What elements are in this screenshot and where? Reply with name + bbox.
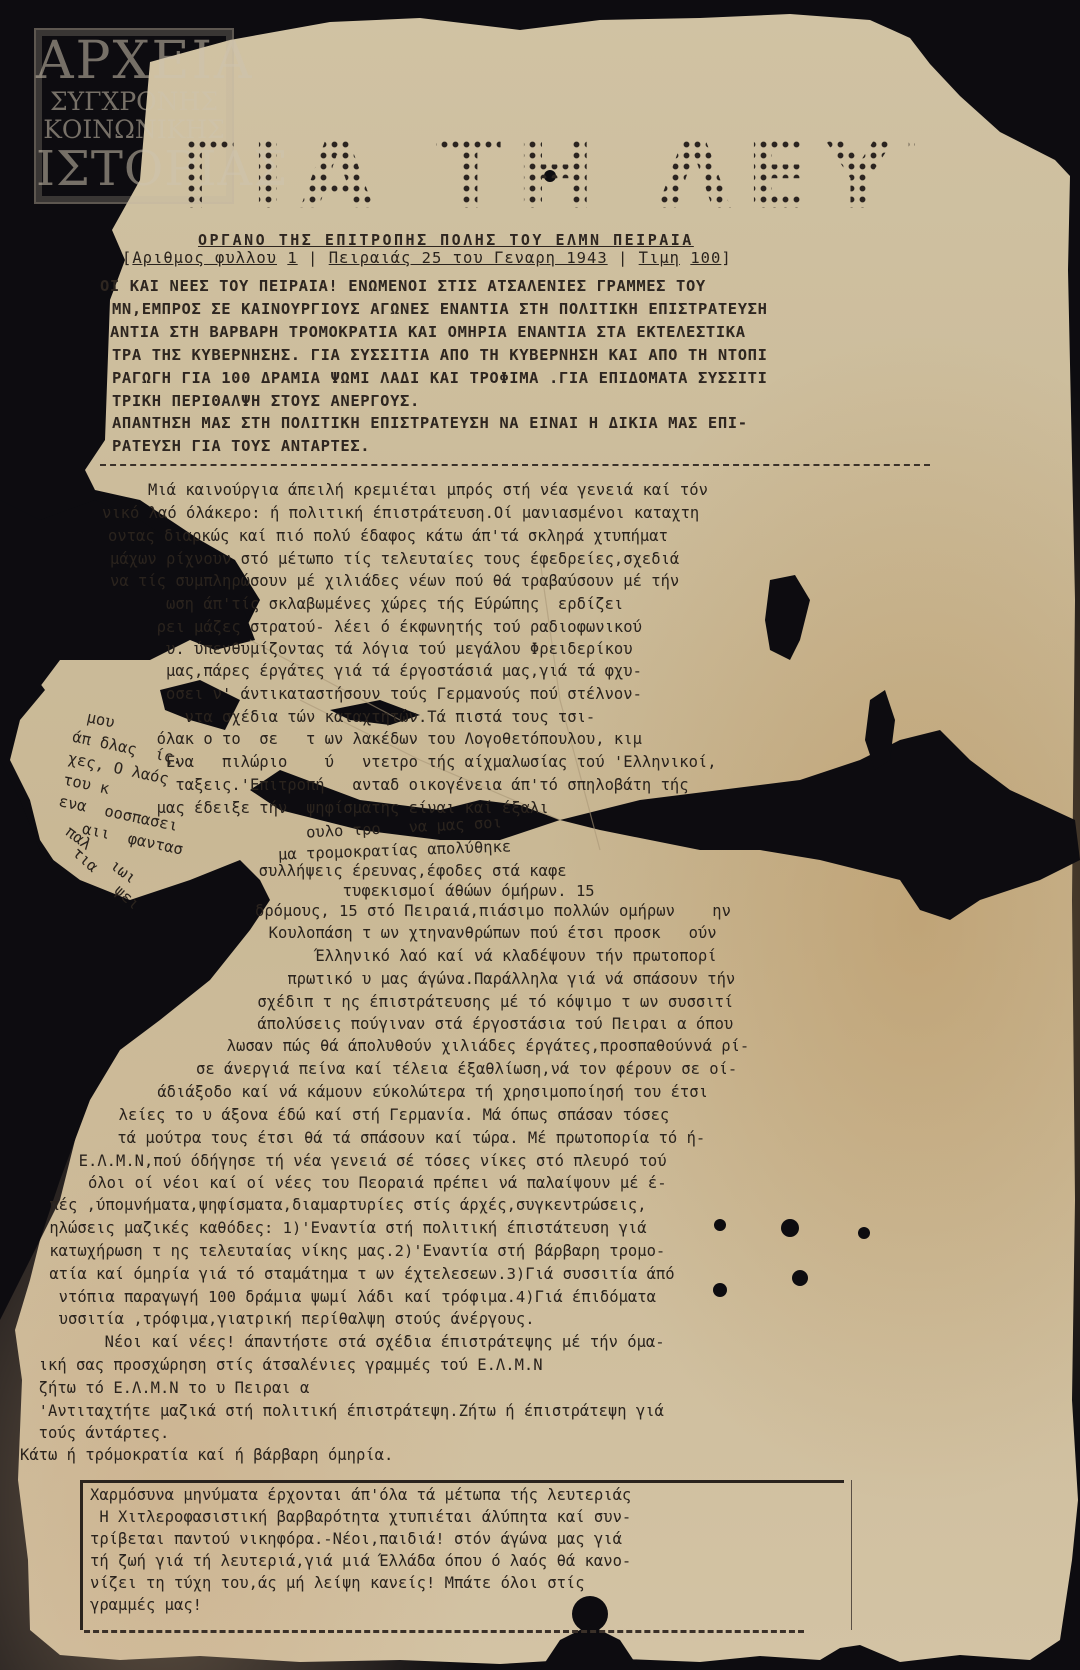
text-line: λείες το υ άξονα έδώ καί στή Γερμανία. Μ… [100,1104,669,1127]
text-line: ΡΑΓΩΓΗ ΓΙΑ 100 ΔΡΑΜΙΑ ΨΩΜΙ ΛΑΔΙ ΚΑΙ ΤΡΟΦ… [112,367,768,390]
text-line: οντας διαρκώς καί πιό πολύ έδαφος κάτω ά… [108,525,668,548]
watermark-line: ΣΥΓΧΡΟΝΗΣ [36,88,232,116]
text-line: σχέδιπ τ ης έπιστράτευσης μέ τό κόψιμο τ… [220,991,733,1014]
section-divider [100,464,930,466]
text-line: ΤΡΑ ΤΗΣ ΚΥΒΕΡΝΗΣΗΣ. ΓΙΑ ΣΥΣΣΙΤΙΑ ΑΠΟ ΤΗ … [112,344,768,367]
price-label: Τιμη [639,249,680,267]
text-line: Μιά καινούργια άπειλή κρεμιέται μπρός στ… [92,479,708,502]
price-value: 100 [690,249,721,267]
text-line: Χαρμόσυνα μηνύματα έρχονται άπ'όλα τά μέ… [90,1484,631,1507]
text-line: νίζει τη τύχη του,άς μή λείψη κανείς! Μπ… [90,1572,585,1595]
text-line: τούς άντάρτες. [20,1422,169,1445]
text-line: ατία καί όμηρία γιά τό σταμάτημα τ ων έχ… [40,1263,675,1286]
text-line: νικό λαό όλάκερο: ή πολιτική έπιστράτευσ… [102,502,699,525]
text-line: ντόπια παραγωγή 100 δράμια ψωμί λάδι καί… [40,1286,656,1309]
text-line: όλοι οί νέοι καί οί νέες του Πεοραιά πρέ… [60,1172,667,1195]
text-line: Νέοι καί νέες! άπαντήστε στά σχέδια έπισ… [30,1331,665,1354]
document-content: ΑΡΧΕΙΑ ΣΥΓΧΡΟΝΗΣ ΚΟΙΝΩΝΙΚΗΣ ΙΣΤΟΡΙΑΣ ΓΙΑ… [0,0,1080,1670]
newspaper-title: ΓΙΑ ΤΗ ΛΕΥΤΕΡΙΑ [175,128,915,223]
text-line: ΑΝΤΙΑ ΣΤΗ ΒΑΡΒΑΡΗ ΤΡΟΜΟΚΡΑΤΙΑ ΚΑΙ ΟΜΗΡΙΑ… [110,321,746,344]
box-bottom-rule [84,1630,804,1633]
place-date: Πειραιάς 25 του Γεναρη 1943 [329,249,608,267]
text-line: μας,πάρες έργάτες γιά τά έργοστάσιά μας,… [110,660,642,683]
text-line: ηλώσεις μαζικές καθόδες: 1)'Εναντία στή … [40,1217,647,1240]
text-line: πρωτικό υ μας άγώνα.Παράλληλα γιά νά σπά… [250,968,735,991]
text-line: Η Χιτλεροφασιστική βαρβαρότητα χτυπιέται… [90,1506,631,1529]
text-line: Έλληνικό λαό καί νά κλαδέψουν τήν πρωτοπ… [250,945,717,968]
text-line: μάχων ρίχνουν στό μέτωπο τίς τελευταίες … [110,548,679,571]
text-line: ρει μάζες στρατού- λέει ό έκφωνητής τού … [110,616,642,639]
text-line: Κουλοπάση τ ων χτηνανθρώπων πού έτσι προ… [250,922,717,945]
text-line: ΡΑΤΕΥΣΗ ΓΙΑ ΤΟΥΣ ΑΝΤΑΡΤΕΣ. [112,435,370,458]
text-line: ζήτω τό Ε.Λ.Μ.Ν το υ Πειραι α [20,1377,309,1400]
text-line: Ε.Λ.Μ.Ν,πού όδήγησε τή νέα γενειά σέ τόσ… [60,1150,667,1173]
text-line: ΤΡΙΚΗ ΠΕΡΙΘΑΛΨΗ ΣΤΟΥΣ ΑΝΕΡΓΟΥΣ. [112,390,420,413]
text-line: δρόμους, 15 στό Πειραιά,πιάσιμο πολλών ο… [255,900,731,923]
watermark-line: ΑΡΧΕΙΑ [36,34,232,88]
text-line: 'Αντιταχτήτε μαζικά στή πολιτική έπιστρά… [20,1400,664,1423]
text-line: πές ,ύπομνήματα,ψηφίσματα,διαμαρτυρίες σ… [40,1194,647,1217]
text-line: υ. ύπενθυμίζοντας τά λόγια τού μεγάλου Φ… [110,638,633,661]
text-line: άπολύσεις πούγιναν στά έργοστάσια τού Πε… [220,1013,733,1036]
torn-fragment-left: μου άπ δλας ίς. χες, Ο λαός του κ ενα οο… [18,700,255,937]
text-line: τή ζωή γιά τή λευτεριά,γιά μιά Έλλάδα όπ… [90,1550,631,1573]
text-line: ΟΙ ΚΑΙ ΝΕΕΣ ΤΟΥ ΠΕΙΡΑΙΑ! ΕΝΩΜΕΝΟΙ ΣΤΙΣ Α… [100,275,706,298]
text-line: να τίς συμπληρώσουν μέ χιλιάδες νέων πού… [110,570,679,593]
text-line: ΜΝ,ΕΜΠΡΟΣ ΣΕ ΚΑΙΝΟΥΡΓΙΟΥΣ ΑΓΩΝΕΣ ΕΝΑΝΤΙΑ… [112,298,768,321]
text-line: ωση άπ'τίς σκλαβωμένες χώρες τής Εύρώπης… [110,593,623,616]
text-line: οσει ν' άντικαταστήσουν τούς Γερμανούς π… [110,683,642,706]
issue-label: Αριθμος φυλλου [132,249,277,267]
issue-info-bar: [Αριθμος φυλλου 1 | Πειραιάς 25 του Γενα… [122,247,732,270]
text-line: άδιάξοδο καί νά κάμουν εύκολώτερα τή χρη… [120,1081,708,1104]
text-line: ική σας προσχώρηση στίς άτσαλένιες γραμμ… [20,1354,543,1377]
text-line: ΑΠΑΝΤΗΣΗ ΜΑΣ ΣΤΗ ΠΟΛΙΤΙΚΗ ΕΠΙΣΤΡΑΤΕΥΣΗ Ν… [112,412,748,435]
text-line: τρίβεται παντού νικηφόρα.-Νέοι,παιδιά! σ… [90,1528,622,1551]
text-line: κατωχήρωση τ ης τελευταίας νίκης μας.2)'… [40,1240,665,1263]
text-line: σε άνεργιά πείνα καί τέλεια έξαθλίωση,νά… [140,1058,737,1081]
text-line: γραμμές μας! [90,1594,202,1617]
issue-number: 1 [287,249,297,267]
text-line: λωσαν πώς θά άπολυθούν χιλιάδες έργάτες,… [180,1035,749,1058]
text-line: υσσιτία ,τρόφιμα,γιατρική περίθαλψη στού… [40,1308,535,1331]
text-line: τά μούτρα τους έτσι θά τά σπάσουν καί τώ… [80,1127,705,1150]
text-line: Κάτω ή τρόμοκρατία καί ή βάρβαρη όμηρία. [20,1444,393,1467]
